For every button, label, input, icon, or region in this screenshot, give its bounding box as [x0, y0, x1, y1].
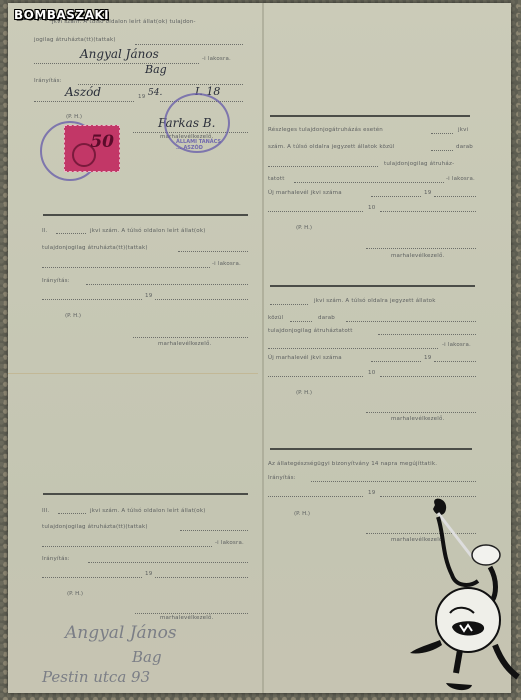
watermark-logo: BOMBASZAKI: [14, 8, 109, 22]
pencil-village: Bag: [132, 648, 162, 666]
date-place: Aszód: [65, 85, 101, 99]
owner-name: Angyal János: [80, 47, 159, 61]
center-fold: [262, 3, 264, 693]
pencil-name: Angyal János: [65, 623, 177, 643]
pencil-address: Pestin utca 93: [42, 668, 150, 686]
bomb-mascot-icon: [400, 495, 521, 700]
place-name: Bag: [145, 63, 167, 76]
section-1-line2: jogilag átruházta(tt)(tattak): [34, 37, 116, 43]
postage-stamp: 50: [64, 125, 120, 172]
official-stamp-right: ÁLLAMI TANÁCS ... ASZÓD: [164, 93, 230, 153]
